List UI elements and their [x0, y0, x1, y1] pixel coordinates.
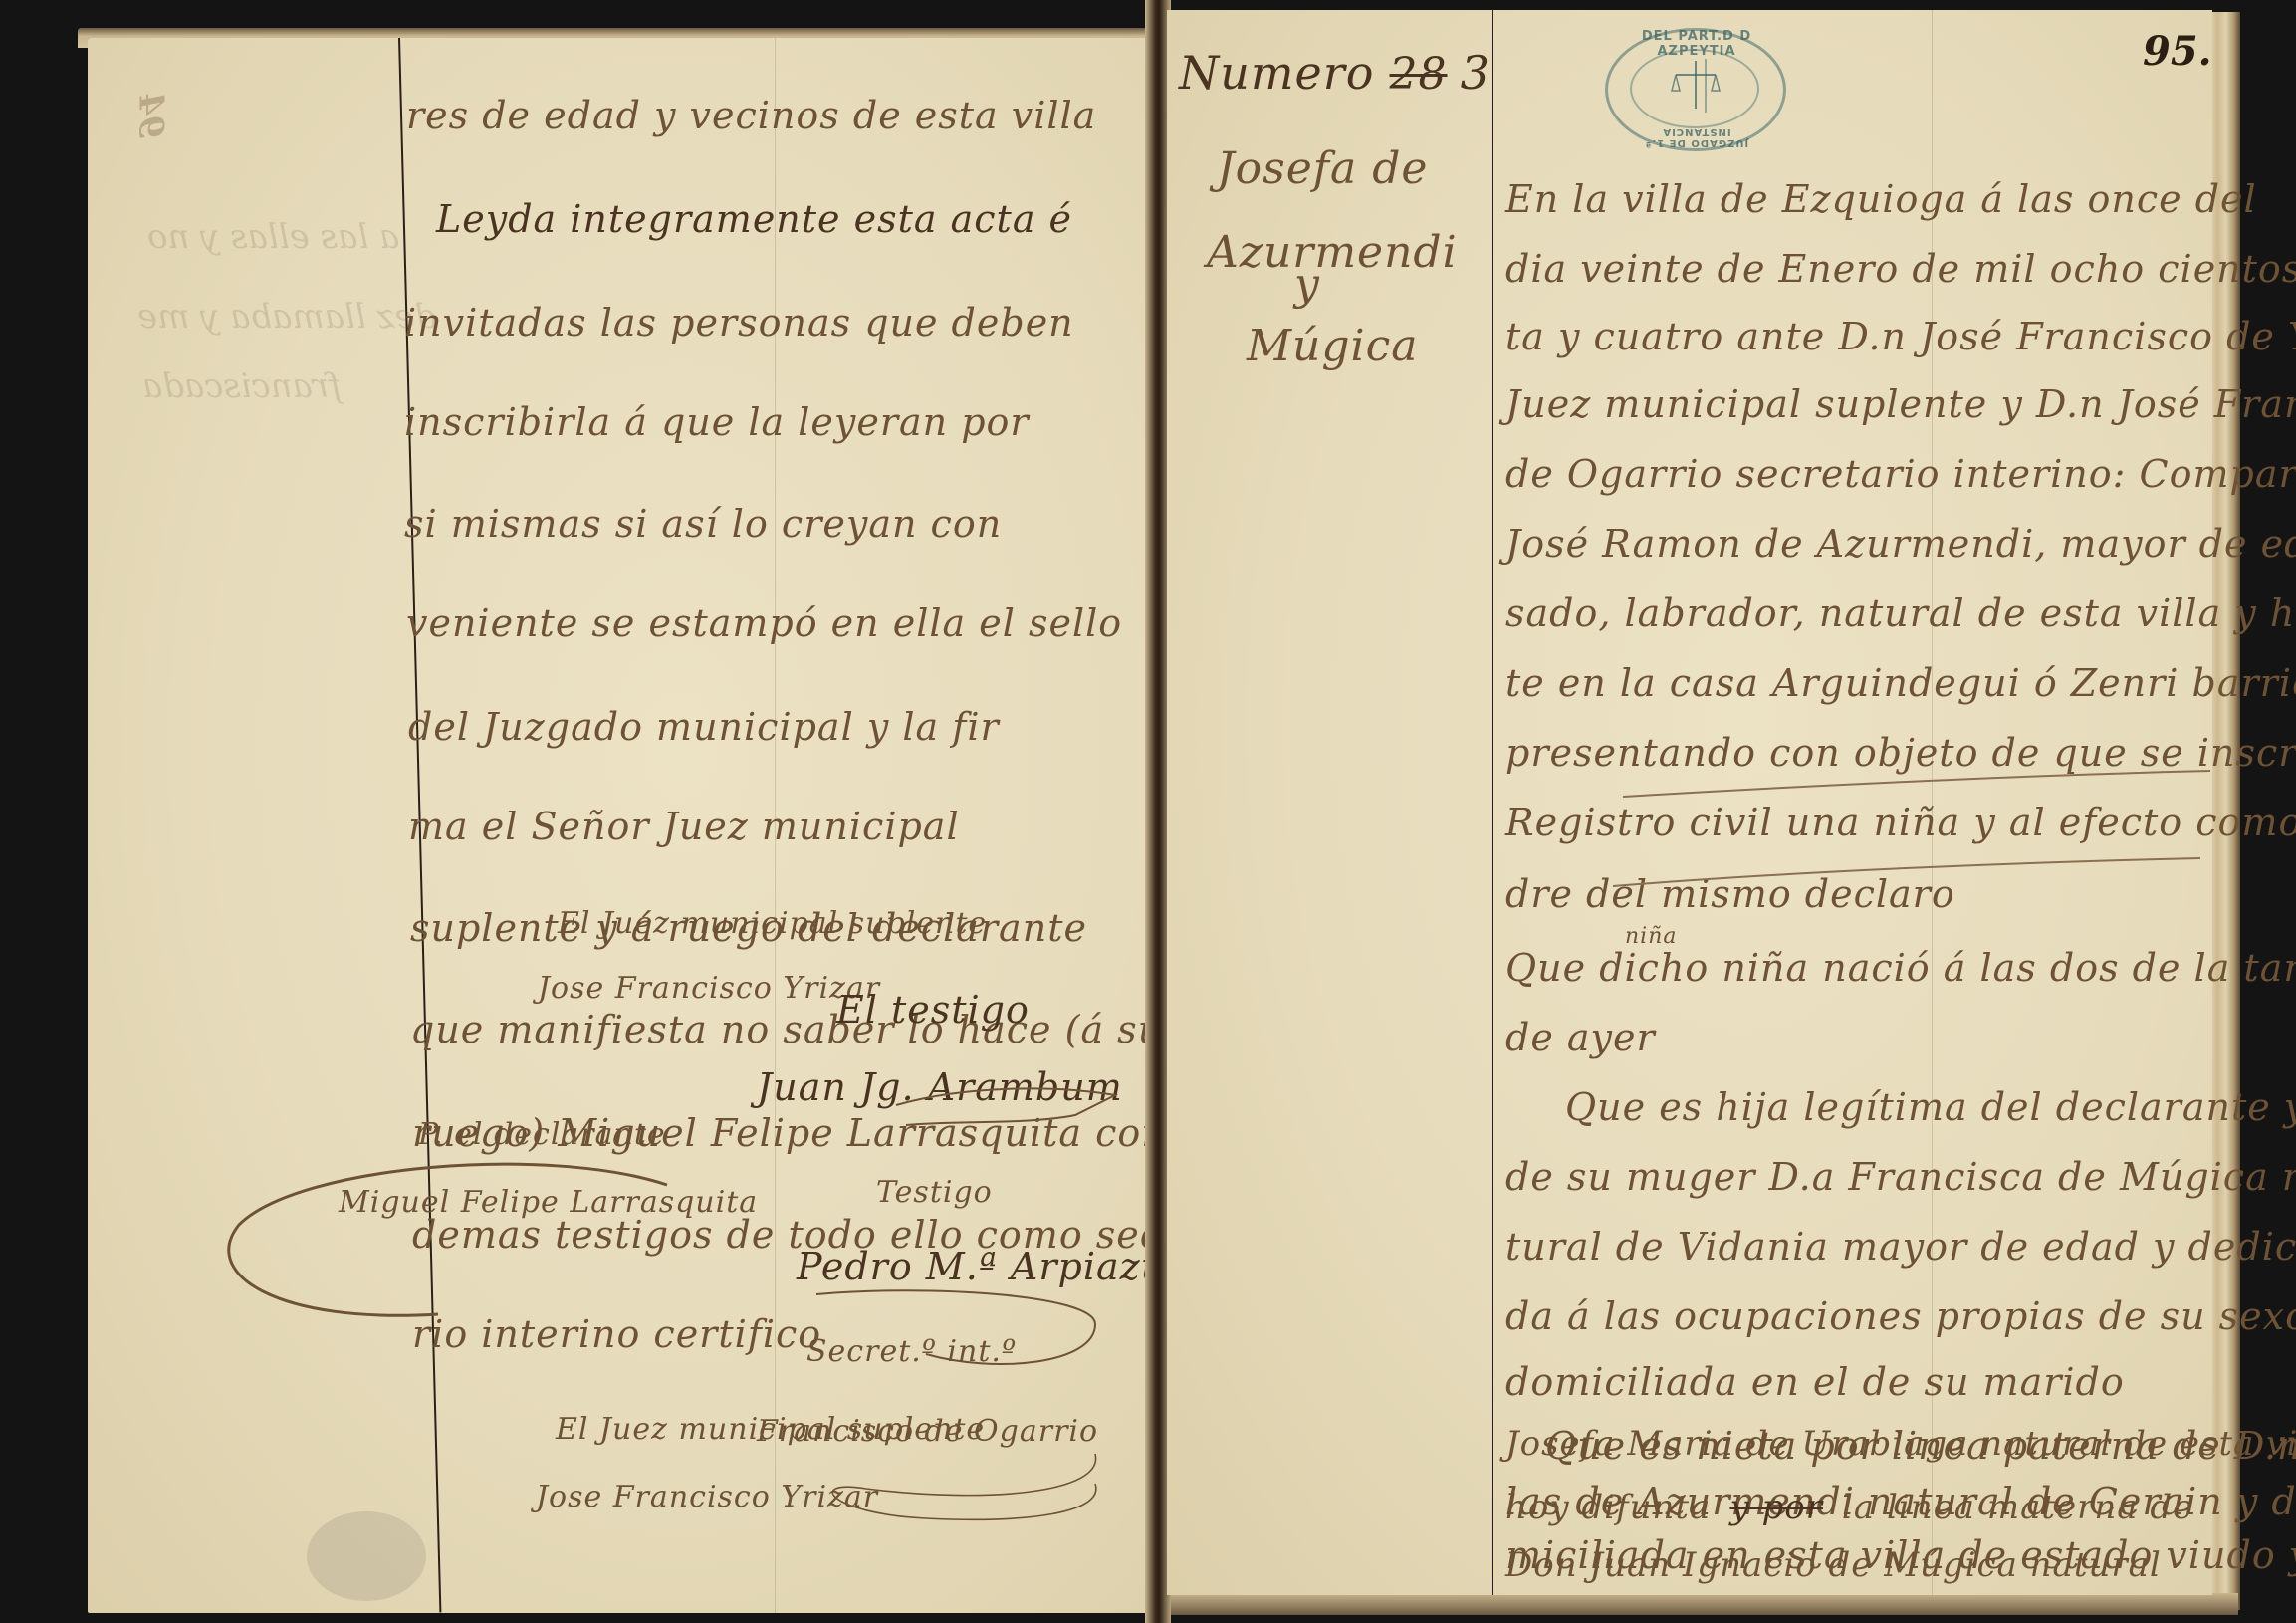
- witness1-title: El testigo: [836, 988, 1030, 1032]
- body-line: Registro civil una niña y al efecto como…: [1505, 801, 2296, 844]
- body-line-struck-row: hoy difunta y por la linea materna de: [1505, 1488, 2193, 1527]
- registrant-name-line: Josefa de: [1217, 143, 1428, 194]
- body-line: si mismas si así lo creyan con: [404, 502, 1002, 546]
- number-struck: 28: [1390, 49, 1448, 100]
- body-line: Juez municipal suplente y D.n José Franc…: [1505, 382, 2296, 426]
- body-line: domiciliada en el de su marido: [1505, 1360, 2125, 1404]
- court-stamp: DEL PART.D D AZPEYTIA JUZGADO DE 1.ª INS…: [1605, 28, 1786, 151]
- body-line: ta y cuatro ante D.n José Francisco de Y…: [1505, 315, 2296, 358]
- bleed-through-text: dez llamaba y me: [137, 297, 436, 337]
- witness2-title: Testigo: [876, 1175, 993, 1210]
- body-line: res de edad y vecinos de esta villa: [406, 94, 1096, 137]
- body-line: Que dicho niña nació á las dos de la tar…: [1505, 946, 2296, 990]
- body-line: Don Juan Ignacio de Múgica natural: [1505, 1545, 2162, 1585]
- record-number: Numero 28 3: [1179, 46, 1491, 100]
- body-line: del Juzgado municipal y la fir: [408, 705, 1000, 749]
- struck-word: y por: [1729, 1488, 1823, 1527]
- body-line: de ayer: [1505, 1016, 1656, 1059]
- line-filler-stroke: [1613, 856, 2210, 896]
- scales-of-justice-icon: [1668, 57, 1723, 116]
- declarant-signature-flourish: [199, 1145, 757, 1344]
- registrant-name-line: Azurmendi: [1207, 227, 1458, 278]
- registrant-name-line: y: [1294, 259, 1320, 310]
- number-label: Numero: [1179, 46, 1374, 100]
- margin-rule: [1492, 10, 1493, 1595]
- body-line: veniente se estampó en ella el sello: [406, 601, 1122, 645]
- stain: [307, 1511, 426, 1601]
- stamp-text-bottom: JUZGADO DE 1.ª INSTANCIA: [1622, 126, 1771, 148]
- body-line: que manifiesta no saber lo hace (á su: [410, 1008, 1163, 1051]
- bleed-through-text: a las ellas y no: [147, 217, 399, 257]
- body-line: sado, labrador, natural de esta villa y …: [1505, 591, 2296, 635]
- witness2-flourish: [777, 1284, 1115, 1384]
- body-line: Josefa Maria de Urabiaga natural de esta…: [1505, 1424, 2296, 1464]
- body-line: de Ogarrio secretario interino: Comparec…: [1505, 452, 2296, 496]
- judge-title: El Juez municipal suplente: [558, 906, 987, 941]
- body-line: José Ramon de Azurmendi, mayor de edad c…: [1505, 522, 2296, 566]
- registrant-name-line: Múgica: [1247, 321, 1419, 371]
- faint-page-number: 94: [131, 92, 171, 138]
- page-stack-bottom-edge: [1165, 1593, 2238, 1615]
- body-line: de su muger D.a Francisca de Múgica na: [1505, 1155, 2296, 1199]
- body-line: ma el Señor Juez municipal: [408, 805, 960, 848]
- body-line: Que es hija legítima del declarante y: [1565, 1085, 2296, 1129]
- body-line: da á las ocupaciones propias de su sexo …: [1505, 1294, 2296, 1338]
- body-line: tural de Vidania mayor de edad y dedica: [1505, 1225, 2296, 1269]
- body-line: invitadas las personas que deben: [404, 301, 1074, 345]
- secretary-flourish: [806, 1434, 1125, 1553]
- body-line: te en la casa Arguindegui ó Zenri barrio…: [1505, 661, 2296, 705]
- number-value: 3: [1461, 46, 1491, 100]
- witness2-signature: Pedro M.ª Arpiazu: [797, 1245, 1166, 1288]
- line-filler-stroke: [1623, 767, 2220, 807]
- body-line: hoy difunta: [1505, 1488, 1711, 1527]
- page-number: 95.: [2143, 28, 2212, 75]
- body-line: inscribirla á que la leyeran por: [404, 400, 1030, 444]
- judge-signature: Jose Francisco Yrizar: [538, 971, 880, 1006]
- body-line: dia veinte de Enero de mil ocho cientos …: [1505, 247, 2296, 291]
- body-line: Leyda integramente esta acta é: [436, 197, 1072, 241]
- line-continuation: la linea materna de: [1842, 1488, 2193, 1527]
- witness1-flourish: [876, 1075, 1135, 1135]
- bleed-through-text: franciscada: [142, 366, 342, 406]
- body-line: En la villa de Ezquioga á las once del: [1505, 177, 2257, 221]
- ledger-spread: 94 a las ellas y no dez llamaba y me fra…: [0, 0, 2296, 1623]
